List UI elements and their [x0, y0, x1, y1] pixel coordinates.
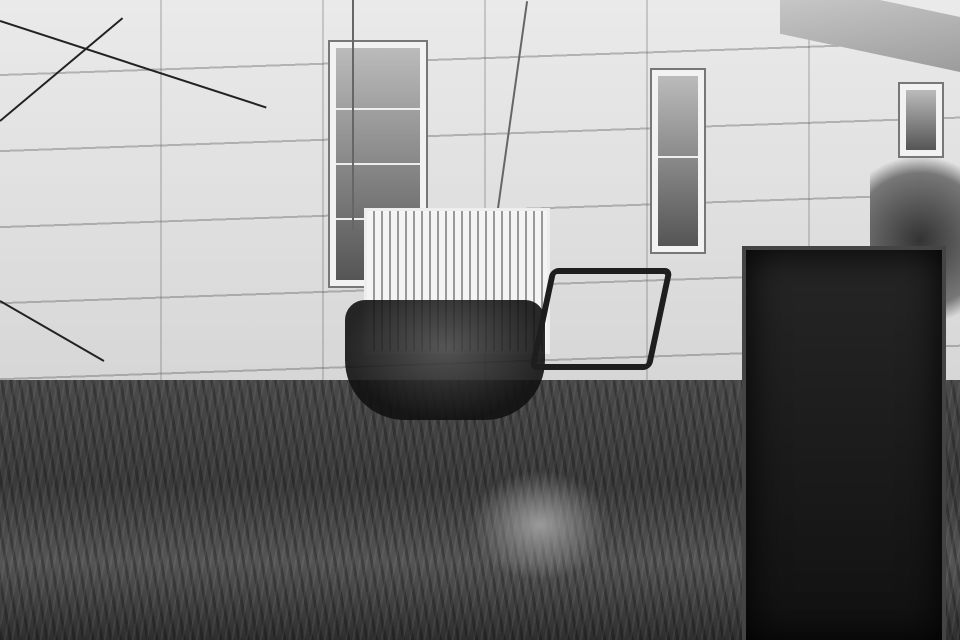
- window-right: [652, 70, 704, 252]
- swing-chair: [345, 300, 545, 420]
- dirt-patch: [470, 470, 610, 580]
- glass-door-panel: [742, 246, 946, 640]
- photo-scene: [0, 0, 960, 640]
- upturned-chair: [529, 268, 673, 370]
- swing-chain: [352, 0, 354, 230]
